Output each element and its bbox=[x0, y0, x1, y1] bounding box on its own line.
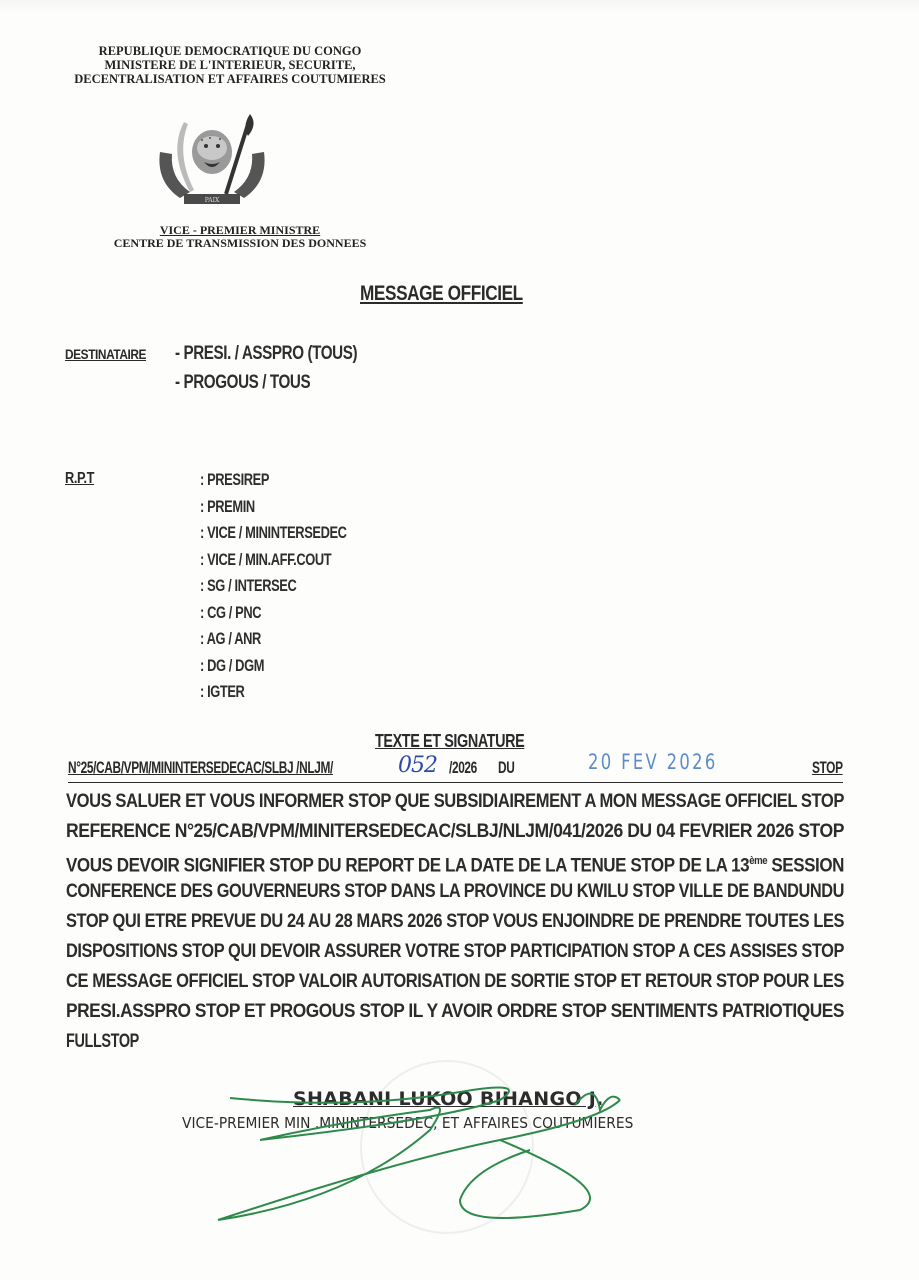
rpt-item: : DG / DGM bbox=[200, 654, 347, 681]
body-line-text: REFERENCE N°25/CAB/VPM/MINITERSEDECAC/SL… bbox=[66, 819, 844, 843]
rpt-label: R.P.T bbox=[65, 470, 94, 488]
body-line: REFERENCE N°25/CAB/VPM/MINITERSEDECAC/SL… bbox=[66, 819, 844, 849]
rpt-item: : CG / PNC bbox=[200, 601, 347, 628]
coat-of-arms-leopard-icon: PAIX bbox=[150, 112, 274, 208]
body-line: FULLSTOP bbox=[66, 1029, 844, 1059]
reference-suffix: /2026 bbox=[449, 759, 477, 778]
letterhead-line-1: REPUBLIQUE DEMOCRATIQUE DU CONGO bbox=[60, 44, 400, 58]
body-line-text: STOP QUI ETRE PREVUE DU 24 AU 28 MARS 20… bbox=[66, 909, 844, 933]
svg-text:PAIX: PAIX bbox=[205, 197, 220, 204]
text-signature-title: TEXTE ET SIGNATURE bbox=[375, 731, 524, 752]
letterhead: REPUBLIQUE DEMOCRATIQUE DU CONGO MINISTE… bbox=[60, 44, 400, 86]
rpt-item: : PREMIN bbox=[200, 495, 347, 522]
handwritten-reference-number: 052 bbox=[398, 753, 437, 778]
message-body: VOUS SALUER ET VOUS INFORMER STOP QUE SU… bbox=[66, 789, 844, 1059]
body-line: VOUS SALUER ET VOUS INFORMER STOP QUE SU… bbox=[66, 789, 844, 819]
signatory-title: VICE-PREMIER MIN .MININTERSEDEC, ET AFFA… bbox=[182, 1114, 633, 1132]
rpt-item: : AG / ANR bbox=[200, 627, 347, 654]
body-line-text: DISPOSITIONS STOP QUI DEVOIR ASSURER VOT… bbox=[66, 939, 844, 963]
destinataire-label: DESTINATAIRE bbox=[65, 346, 146, 362]
body-line: CONFERENCE DES GOUVERNEURS STOP DANS LA … bbox=[66, 879, 844, 909]
letterhead-line-3: DECENTRALISATION ET AFFAIRES COUTUMIERES bbox=[60, 72, 400, 86]
du-label: DU bbox=[498, 759, 514, 778]
body-line-text: PRESI.ASSPRO STOP ET PROGOUS STOP IL Y A… bbox=[66, 999, 844, 1023]
document-title: MESSAGE OFFICIEL bbox=[360, 282, 516, 306]
faded-seal bbox=[360, 1060, 534, 1234]
body-line-text: VOUS DEVOIR SIGNIFIER STOP DU REPORT DE … bbox=[66, 849, 844, 878]
stop-label: STOP bbox=[812, 759, 843, 778]
body-line: STOP QUI ETRE PREVUE DU 24 AU 28 MARS 20… bbox=[66, 909, 844, 939]
body-line: PRESI.ASSPRO STOP ET PROGOUS STOP IL Y A… bbox=[66, 999, 844, 1029]
destinataire-item: - PROGOUS / TOUS bbox=[175, 372, 310, 394]
document-page: REPUBLIQUE DEMOCRATIQUE DU CONGO MINISTE… bbox=[0, 0, 919, 1280]
body-line-text: FULLSTOP bbox=[66, 1029, 139, 1053]
destinataire-item: - PRESI. / ASSPRO (TOUS) bbox=[175, 343, 357, 365]
reference-prefix: N°25/CAB/VPM/MININTERSEDECAC/SLBJ /NLJM/ bbox=[68, 759, 333, 778]
rpt-item: : VICE / MININTERSEDEC bbox=[200, 521, 347, 548]
body-line: DISPOSITIONS STOP QUI DEVOIR ASSURER VOT… bbox=[66, 939, 844, 969]
body-line-text: CE MESSAGE OFFICIEL STOP VALOIR AUTORISA… bbox=[66, 969, 844, 993]
signatory-name: SHABANI LUKOO BIHANGO J. bbox=[293, 1088, 604, 1110]
date-stamp: 20 FEV 2026 bbox=[588, 750, 718, 774]
body-line-text: VOUS SALUER ET VOUS INFORMER STOP QUE SU… bbox=[66, 789, 844, 813]
office-subtitle: CENTRE DE TRANSMISSION DES DONNEES bbox=[95, 237, 385, 250]
body-line: CE MESSAGE OFFICIEL STOP VALOIR AUTORISA… bbox=[66, 969, 844, 999]
issuing-office: VICE - PREMIER MINISTRE CENTRE DE TRANSM… bbox=[95, 224, 385, 250]
body-line-text: CONFERENCE DES GOUVERNEURS STOP DANS LA … bbox=[66, 879, 844, 903]
body-line: VOUS DEVOIR SIGNIFIER STOP DU REPORT DE … bbox=[66, 849, 844, 879]
rpt-list: : PRESIREP : PREMIN : VICE / MININTERSED… bbox=[200, 468, 388, 707]
rpt-item: : SG / INTERSEC bbox=[200, 574, 347, 601]
rpt-item: : PRESIREP bbox=[200, 468, 347, 495]
rpt-item: : VICE / MIN.AFF.COUT bbox=[200, 548, 347, 575]
reference-line: N°25/CAB/VPM/MININTERSEDECAC/SLBJ /NLJM/… bbox=[68, 756, 843, 783]
rpt-item: : IGTER bbox=[200, 680, 347, 707]
letterhead-line-2: MINISTERE DE L'INTERIEUR, SECURITE, bbox=[60, 58, 400, 72]
